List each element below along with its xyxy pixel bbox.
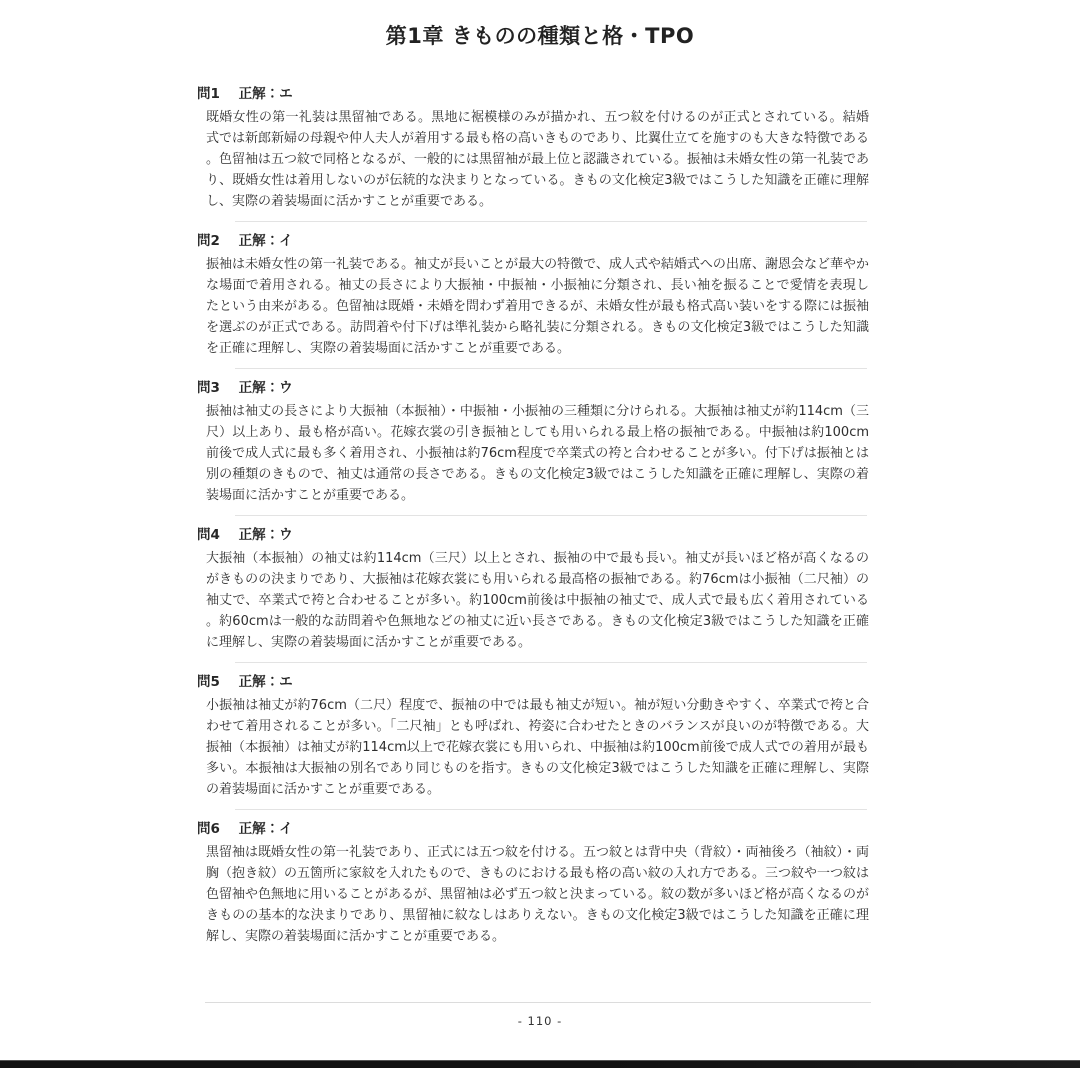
question-number: 問5 <box>197 674 220 690</box>
explanation-text: 振袖は未婚女性の第一礼装である。袖丈が長いことが最大の特徴で、成人式や結婚式への… <box>197 254 869 359</box>
question-heading: 問2 正解：イ <box>197 233 869 250</box>
question-number: 問2 <box>197 233 220 249</box>
section-divider <box>235 809 867 810</box>
correct-answer: 正解：エ <box>239 86 293 102</box>
question-heading: 問1 正解：エ <box>197 86 869 103</box>
explanation-text: 黒留袖は既婚女性の第一礼装であり、正式には五つ紋を付ける。五つ紋とは背中央（背紋… <box>197 842 869 947</box>
question-heading: 問4 正解：ウ <box>197 527 869 544</box>
question-number: 問4 <box>197 527 220 543</box>
explanation-text: 小振袖は袖丈が約76cm（二尺）程度で、振袖の中では最も袖丈が短い。袖が短い分動… <box>197 695 869 800</box>
document-page: 第1章 きものの種類と格・TPO 問1 正解：エ 既婚女性の第一礼装は黒留袖であ… <box>0 0 1080 1068</box>
question-number: 問6 <box>197 821 220 837</box>
section-divider <box>235 368 867 369</box>
correct-answer: 正解：エ <box>239 674 293 690</box>
qa-section-6: 問6 正解：イ 黒留袖は既婚女性の第一礼装であり、正式には五つ紋を付ける。五つ紋… <box>197 821 869 947</box>
correct-answer: 正解：イ <box>239 233 293 249</box>
explanation-text: 大振袖（本振袖）の袖丈は約114cm（三尺）以上とされ、振袖の中で最も長い。袖丈… <box>197 548 869 653</box>
photo-edge-bar <box>0 1060 1080 1068</box>
question-number: 問3 <box>197 380 220 396</box>
qa-section-2: 問2 正解：イ 振袖は未婚女性の第一礼装である。袖丈が長いことが最大の特徴で、成… <box>197 233 869 359</box>
qa-section-3: 問3 正解：ウ 振袖は袖丈の長さにより大振袖（本振袖）・中振袖・小振袖の三種類に… <box>197 380 869 506</box>
question-heading: 問3 正解：ウ <box>197 380 869 397</box>
correct-answer: 正解：ウ <box>239 380 293 396</box>
page-title: 第1章 きものの種類と格・TPO <box>0 22 1080 50</box>
footer-rule <box>205 1002 871 1003</box>
qa-section-1: 問1 正解：エ 既婚女性の第一礼装は黒留袖である。黒地に裾模様のみが描かれ、五つ… <box>197 86 869 212</box>
explanation-text: 既婚女性の第一礼装は黒留袖である。黒地に裾模様のみが描かれ、五つ紋を付けるのが正… <box>197 107 869 212</box>
correct-answer: 正解：ウ <box>239 527 293 543</box>
section-divider <box>235 662 867 663</box>
section-divider <box>235 515 867 516</box>
question-heading: 問6 正解：イ <box>197 821 869 838</box>
correct-answer: 正解：イ <box>239 821 293 837</box>
question-heading: 問5 正解：エ <box>197 674 869 691</box>
answer-key-content: 問1 正解：エ 既婚女性の第一礼装は黒留袖である。黒地に裾模様のみが描かれ、五つ… <box>197 86 869 947</box>
question-number: 問1 <box>197 86 220 102</box>
explanation-text: 振袖は袖丈の長さにより大振袖（本振袖）・中振袖・小振袖の三種類に分けられる。大振… <box>197 401 869 506</box>
section-divider <box>235 221 867 222</box>
page-number: - 110 - <box>0 1014 1080 1028</box>
qa-section-5: 問5 正解：エ 小振袖は袖丈が約76cm（二尺）程度で、振袖の中では最も袖丈が短… <box>197 674 869 800</box>
qa-section-4: 問4 正解：ウ 大振袖（本振袖）の袖丈は約114cm（三尺）以上とされ、振袖の中… <box>197 527 869 653</box>
